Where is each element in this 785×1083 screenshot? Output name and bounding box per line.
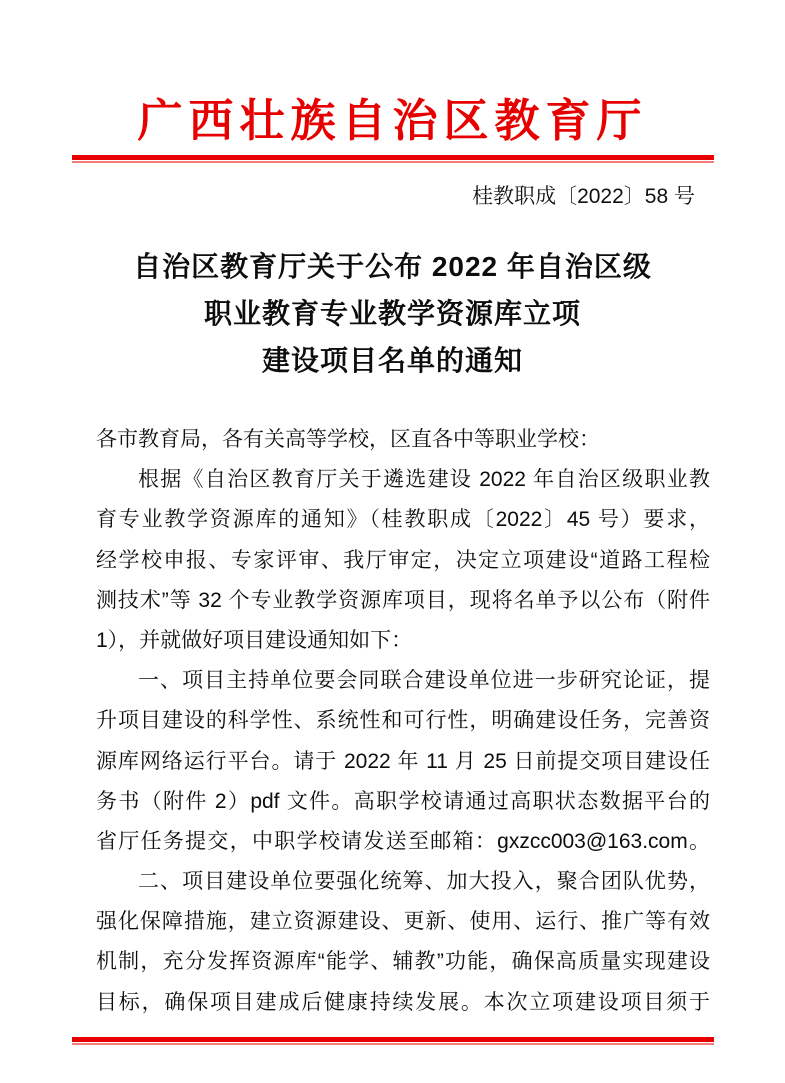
body-line: 根据《自治区教育厅关于遴选建设 2022 年自治区级职业教 [96, 460, 710, 500]
document-reference-number: 桂教职成〔2022〕58 号 [472, 180, 695, 210]
body-line: 测技术”等 32 个专业教学资源库项目，现将名单予以公布（附件 [96, 581, 710, 621]
body-line-item-one: 一、项目主持单位要会同联合建设单位进一步研究论证，提 [96, 661, 710, 701]
footer-divider-thick-bar [72, 1037, 714, 1042]
body-line: 机制，充分发挥资源库“能学、辅教”功能，确保高质量实现建设 [96, 942, 710, 982]
body-line: 强化保障措施，建立资源建设、更新、使用、运行、推广等有效 [96, 902, 710, 942]
footer-divider-thin-bar [72, 1043, 714, 1045]
letterhead-org-title: 广西壮族自治区教育厅 [0, 84, 785, 149]
document-body: 各市教育局，各有关高等学校，区直各中等职业学校： 根据《自治区教育厅关于遴选建设… [96, 420, 710, 1023]
body-line-email: 省厅任务提交，中职学校请发送至邮箱：gxzcc003@163.com。 [96, 822, 710, 862]
document-page: 广西壮族自治区教育厅 桂教职成〔2022〕58 号 自治区教育厅关于公布 202… [0, 0, 785, 1083]
document-title-line: 职业教育专业教学资源库立项 [0, 290, 785, 337]
header-divider [72, 155, 714, 163]
document-title-line: 建设项目名单的通知 [0, 337, 785, 384]
body-line: 升项目建设的科学性、系统性和可行性，明确建设任务，完善资 [96, 701, 710, 741]
body-line-item-two: 二、项目建设单位要强化统筹、加大投入，聚合团队优势， [96, 862, 710, 902]
body-line: 经学校申报、专家评审、我厅审定，决定立项建设“道路工程检 [96, 541, 710, 581]
footer-divider [72, 1037, 714, 1045]
document-title-line: 自治区教育厅关于公布 2022 年自治区级 [0, 243, 785, 290]
header-divider-thick-bar [72, 155, 714, 160]
body-line: 务书（附件 2）pdf 文件。高职学校请通过高职状态数据平台的 [96, 782, 710, 822]
document-title: 自治区教育厅关于公布 2022 年自治区级 职业教育专业教学资源库立项 建设项目… [0, 243, 785, 384]
body-line-salutation: 各市教育局，各有关高等学校，区直各中等职业学校： [96, 420, 710, 460]
body-line: 源库网络运行平台。请于 2022 年 11 月 25 日前提交项目建设任 [96, 742, 710, 782]
body-line: 目标，确保项目建成后健康持续发展。本次立项建设项目须于 [96, 983, 710, 1023]
header-divider-thin-bar [72, 161, 714, 163]
body-line: 育专业教学资源库的通知》（桂教职成〔2022〕45 号）要求， [96, 500, 710, 540]
body-line: 1），并就做好项目建设通知如下： [96, 621, 710, 661]
